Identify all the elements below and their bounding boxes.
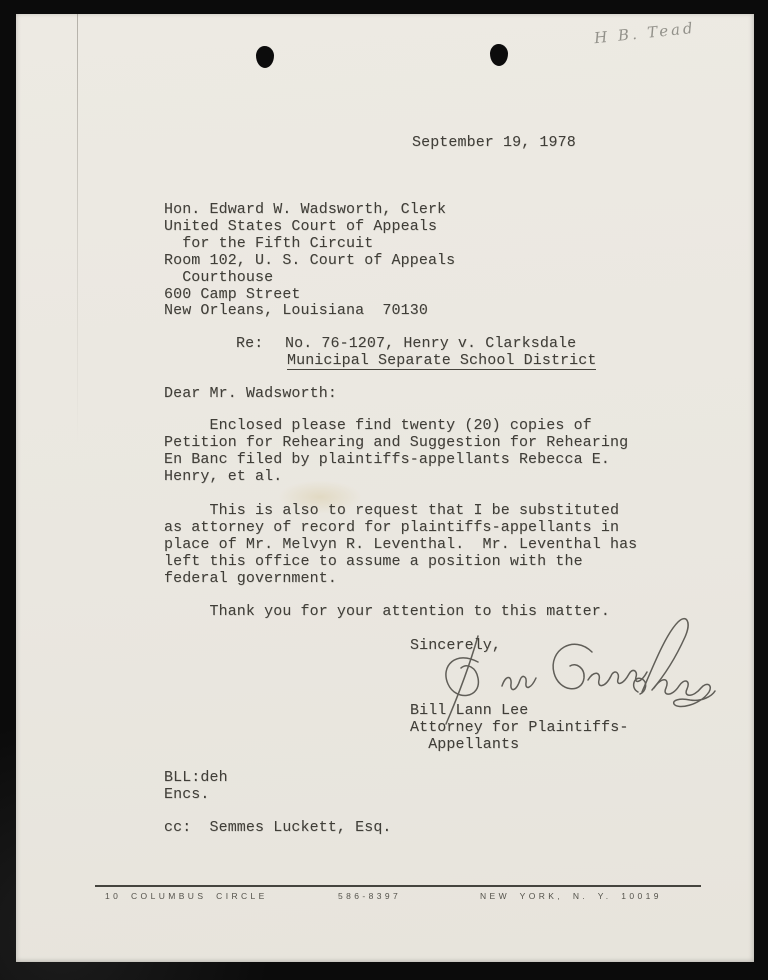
body-paragraph-1: Enclosed please find twenty (20) copies …	[164, 418, 628, 486]
letterhead-phone: 586-8397	[338, 891, 401, 901]
underlined-case-name: Municipal Separate School District	[287, 352, 596, 371]
recipient-line: for the Fifth Circuit	[164, 236, 455, 253]
body-paragraph-2: This is also to request that I be substi…	[164, 503, 637, 588]
recipient-address: Hon. Edward W. Wadsworth, Clerk United S…	[164, 202, 455, 320]
recipient-line: 600 Camp Street	[164, 287, 455, 304]
paper-crease	[77, 14, 78, 444]
recipient-line: New Orleans, Louisiana 70130	[164, 303, 455, 320]
body-line: federal government.	[164, 571, 637, 588]
re-label: Re:	[236, 336, 263, 353]
body-line: left this office to assume a position wi…	[164, 554, 637, 571]
reference-block: BLL:deh Encs.	[164, 770, 228, 804]
body-line: This is also to request that I be substi…	[164, 503, 637, 520]
recipient-line: United States Court of Appeals	[164, 219, 455, 236]
scan-background: H B. Tead September 19, 1978 Hon. Edward…	[0, 0, 768, 980]
re-subject: No. 76-1207, Henry v. Clarksdale Municip…	[285, 336, 596, 370]
letterhead-city: NEW YORK, N. Y. 10019	[480, 891, 662, 901]
signature-block: Bill Lann Lee Attorney for Plaintiffs- A…	[410, 703, 628, 754]
body-line: En Banc filed by plaintiffs-appellants R…	[164, 452, 628, 469]
letterhead-rule	[95, 885, 701, 887]
body-line: Enclosed please find twenty (20) copies …	[164, 418, 628, 435]
punch-hole-left	[256, 46, 274, 68]
enclosures-note: Encs.	[164, 787, 228, 804]
punch-hole-right	[490, 44, 508, 66]
letter-date: September 19, 1978	[412, 135, 576, 152]
re-case-name: Municipal Separate School District	[287, 353, 596, 370]
recipient-line: Hon. Edward W. Wadsworth, Clerk	[164, 202, 455, 219]
letterhead-street: 10 COLUMBUS CIRCLE	[105, 891, 268, 901]
signer-name: Bill Lann Lee	[410, 703, 628, 720]
body-line: Henry, et al.	[164, 469, 628, 486]
cc-block: cc: Semmes Luckett, Esq.	[164, 820, 392, 837]
cc-line: cc: Semmes Luckett, Esq.	[164, 820, 392, 837]
letterhead-footer: 10 COLUMBUS CIRCLE 586-8397 NEW YORK, N.…	[16, 891, 754, 905]
recipient-line: Courthouse	[164, 270, 455, 287]
typist-initials: BLL:deh	[164, 770, 228, 787]
recipient-line: Room 102, U. S. Court of Appeals	[164, 253, 455, 270]
handwritten-note: H B. Tead	[593, 19, 696, 48]
signer-title: Appellants	[410, 737, 628, 754]
salutation: Dear Mr. Wadsworth:	[164, 386, 337, 403]
body-line: Petition for Rehearing and Suggestion fo…	[164, 435, 628, 452]
re-case-number: No. 76-1207, Henry v. Clarksdale	[285, 336, 596, 353]
letter-page: H B. Tead September 19, 1978 Hon. Edward…	[16, 14, 754, 962]
body-line: as attorney of record for plaintiffs-app…	[164, 520, 637, 537]
signer-title: Attorney for Plaintiffs-	[410, 720, 628, 737]
body-line: place of Mr. Melvyn R. Leventhal. Mr. Le…	[164, 537, 637, 554]
